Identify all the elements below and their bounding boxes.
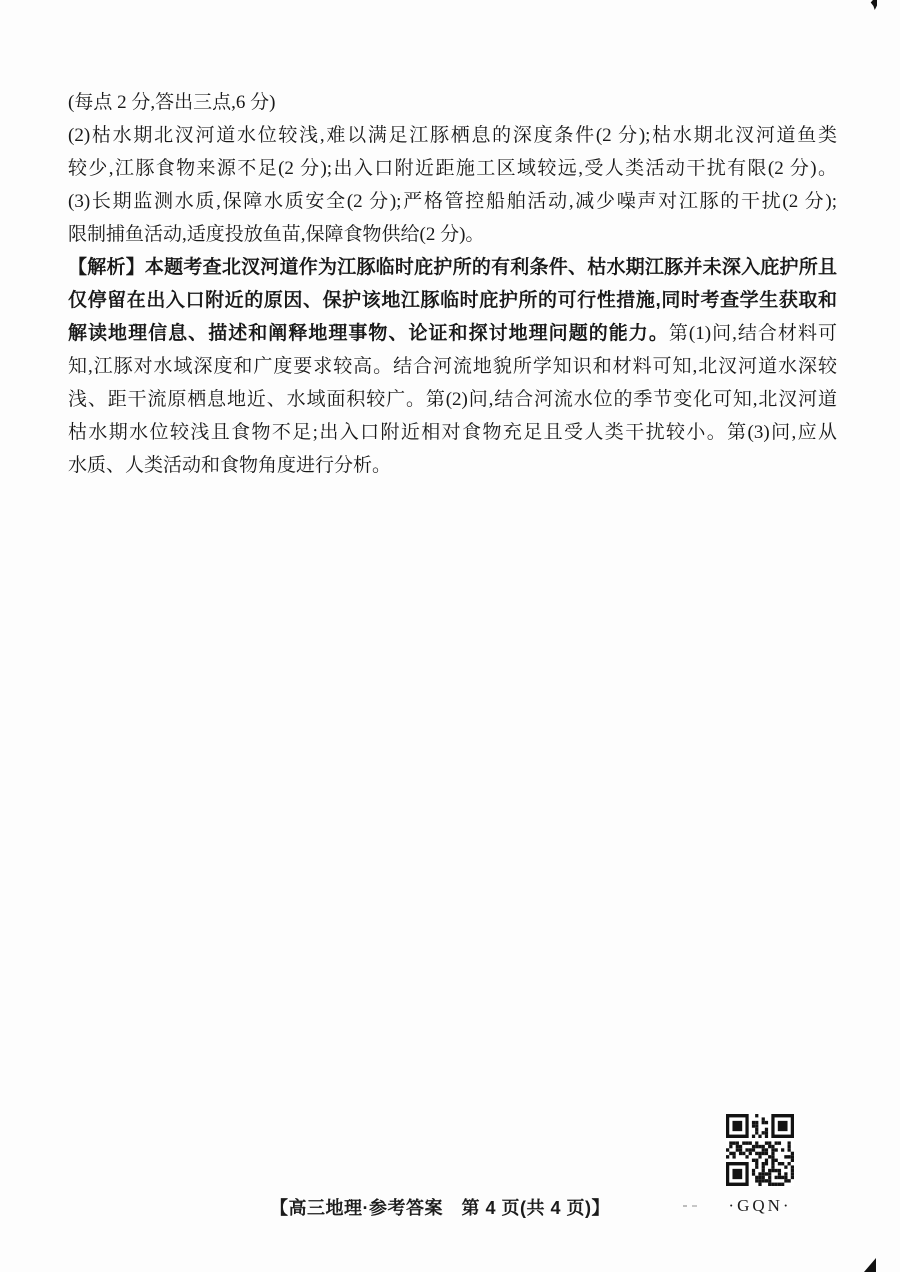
qr-code (726, 1114, 794, 1186)
qr-code-icon (726, 1114, 794, 1186)
text-segment: (2)枯水期北汊河道水位较浅,难以满足江豚栖息的深度条件(2 分);枯水期北汊河… (68, 125, 837, 146)
text-line: 较少,江豚食物来源不足(2 分);出入口附近距施工区域较远,受人类活动干扰有限(… (68, 152, 837, 185)
bold-text-segment: 【解析】本题考查北汊河道作为江豚临时庇护所的有利条件、枯水期江豚并未深入庇护所且 (68, 257, 837, 278)
scan-artifact-bottom-right (864, 1258, 876, 1272)
text-line: 枯水期水位较浅且食物不足;出入口附近相对食物充足且受人类干扰较小。第(3)问,应… (68, 416, 837, 449)
bold-text-segment: 解读地理信息、描述和阐释地理事物、论证和探讨地理问题的能力。 (68, 323, 669, 344)
text-segment: 知,江豚对水域深度和广度要求较高。结合河流地貌所学知识和材料可知,北汊河道水深较 (68, 356, 837, 377)
text-line: 浅、距干流原栖息地近、水域面积较广。第(2)问,结合河流水位的季节变化可知,北汊… (68, 383, 837, 416)
text-line: 限制捕鱼活动,适度投放鱼苗,保障食物供给(2 分)。 (68, 218, 837, 251)
text-line: 解读地理信息、描述和阐释地理事物、论证和探讨地理问题的能力。第(1)问,结合材料… (68, 317, 837, 350)
text-line: (3)长期监测水质,保障水质安全(2 分);严格管控船舶活动,减少噪声对江豚的干… (68, 185, 837, 218)
page-footer: 【高三地理·参考答案 第 4 页(共 4 页)】 (270, 1194, 610, 1220)
text-segment: 水质、人类活动和食物角度进行分析。 (68, 455, 391, 476)
text-line: (2)枯水期北汊河道水位较浅,难以满足江豚栖息的深度条件(2 分);枯水期北汊河… (68, 119, 837, 152)
scan-smudge (683, 1205, 699, 1207)
text-segment: 较少,江豚食物来源不足(2 分);出入口附近距施工区域较远,受人类活动干扰有限(… (68, 158, 837, 179)
text-line: (每点 2 分,答出三点,6 分) (68, 86, 837, 119)
bold-text-segment: 仅停留在出入口附近的原因、保护该地江豚临时庇护所的可行性措施,同时考查学生获取和 (68, 290, 837, 311)
text-segment: 枯水期水位较浅且食物不足;出入口附近相对食物充足且受人类干扰较小。第(3)问,应… (68, 422, 837, 443)
text-segment: 浅、距干流原栖息地近、水域面积较广。第(2)问,结合河流水位的季节变化可知,北汊… (68, 389, 837, 410)
qr-caption: ·GQN· (710, 1196, 810, 1216)
scan-artifact-top-right (868, 0, 877, 10)
text-segment: 第(1)问,结合材料可 (669, 323, 837, 344)
text-line: 水质、人类活动和食物角度进行分析。 (68, 449, 837, 482)
text-segment: (3)长期监测水质,保障水质安全(2 分);严格管控船舶活动,减少噪声对江豚的干… (68, 191, 837, 212)
text-line: 仅停留在出入口附近的原因、保护该地江豚临时庇护所的可行性措施,同时考查学生获取和 (68, 284, 837, 317)
text-segment: 限制捕鱼活动,适度投放鱼苗,保障食物供给(2 分)。 (68, 224, 484, 245)
text-line: 知,江豚对水域深度和广度要求较高。结合河流地貌所学知识和材料可知,北汊河道水深较 (68, 350, 837, 383)
text-line: 【解析】本题考查北汊河道作为江豚临时庇护所的有利条件、枯水期江豚并未深入庇护所且 (68, 251, 837, 284)
text-segment: (每点 2 分,答出三点,6 分) (68, 92, 275, 113)
document-lines: (每点 2 分,答出三点,6 分)(2)枯水期北汊河道水位较浅,难以满足江豚栖息… (68, 86, 837, 482)
